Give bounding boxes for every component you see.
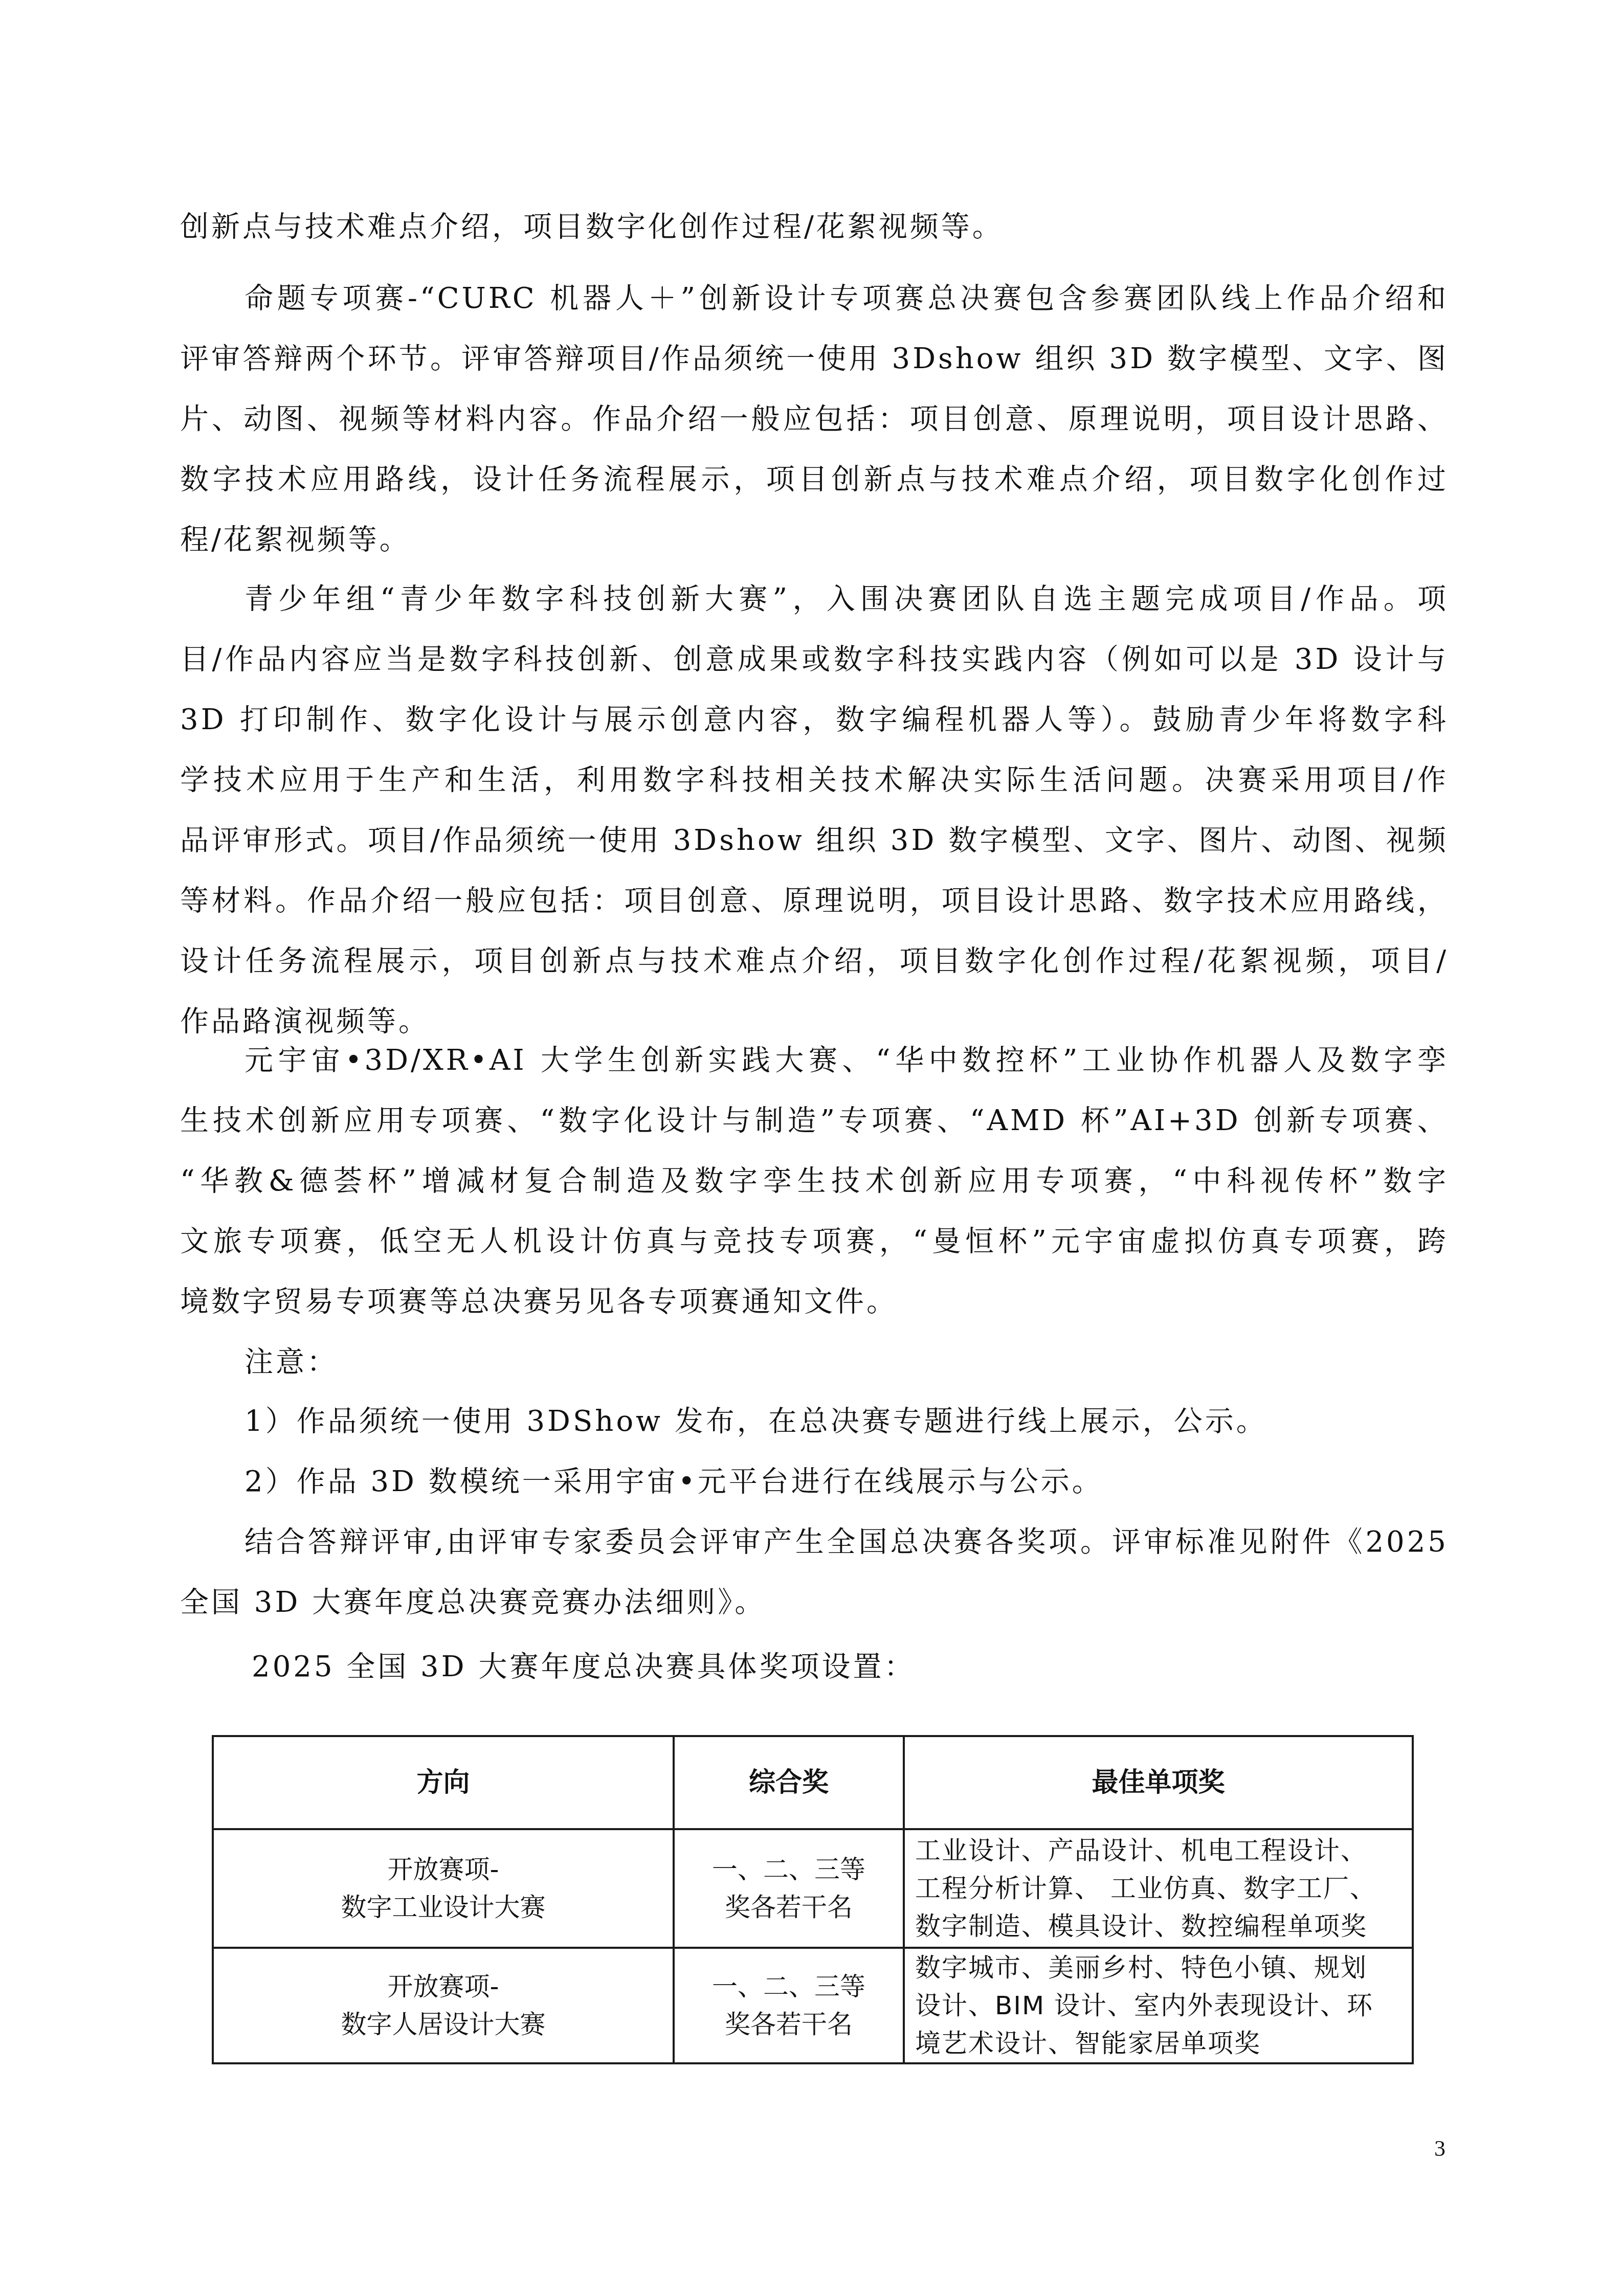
- paragraph-curc-line: 数字技术应用路线，设计任务流程展示，项目创新点与技术难点介绍，项目数字化创作过: [180, 463, 1449, 496]
- header-direction: 方向: [213, 1736, 674, 1829]
- paragraph-youth-line: 3D 打印制作、数字化设计与展示创意内容，数字编程机器人等）。鼓励青少年将数字科: [180, 704, 1449, 736]
- paragraph-judging-line: 结合答辩评审,由评审专家委员会评审产生全国总决赛各奖项。评审标准见附件《2025: [244, 1526, 1449, 1559]
- paragraph-judging-line: 全国 3D 大赛年度总决赛竞赛办法细则》。: [180, 1586, 1449, 1619]
- paragraph-special-line: 生技术创新应用专项赛、“数字化设计与制造”专项赛、“AMD 杯”AI+3D 创新…: [180, 1105, 1449, 1137]
- cell-line: 数字城市、美丽乡村、特色小镇、规划: [915, 1949, 1407, 1987]
- header-best-single-award: 最佳单项奖: [904, 1736, 1413, 1829]
- paragraph-special-line: 文旅专项赛，低空无人机设计仿真与竞技专项赛，“曼恒杯”元宇宙虚拟仿真专项赛，跨: [180, 1225, 1449, 1258]
- table-caption: 2025 全国 3D 大赛年度总决赛具体奖项设置：: [252, 1651, 1449, 1683]
- table-row: 开放赛项- 数字人居设计大赛 一、二、三等 奖各若干名 数字城市、美丽乡村、特色…: [213, 1948, 1413, 2063]
- paragraph-curc-line: 命题专项赛-“CURC 机器人＋”创新设计专项赛总决赛包含参赛团队线上作品介绍和: [244, 282, 1449, 315]
- paragraph-youth-line: 目/作品内容应当是数字科技创新、创意成果或数字科技实践内容（例如可以是 3D 设…: [180, 643, 1449, 676]
- cell-line: 设计、BIM 设计、室内外表现设计、环: [915, 1987, 1407, 2024]
- note-item-1: 1）作品须统一使用 3DShow 发布，在总决赛专题进行线上展示，公示。: [244, 1405, 1449, 1438]
- paragraph-curc-line: 评审答辩两个环节。评审答辩项目/作品须统一使用 3Dshow 组织 3D 数字模…: [180, 343, 1449, 375]
- paragraph-curc-line: 片、动图、视频等材料内容。作品介绍一般应包括：项目创意、原理说明，项目设计思路、: [180, 403, 1449, 436]
- cell-comprehensive: 一、二、三等 奖各若干名: [674, 1829, 904, 1948]
- cell-line: 数字人居设计大赛: [214, 2006, 673, 2043]
- cell-line: 一、二、三等: [675, 1851, 903, 1888]
- paragraph-curc-line: 程/花絮视频等。: [180, 524, 1449, 556]
- cell-line: 奖各若干名: [675, 1888, 903, 1926]
- cell-line: 数字制造、模具设计、数控编程单项奖: [915, 1907, 1407, 1945]
- page-number: 3: [1434, 2137, 1445, 2160]
- cell-line: 开放赛项-: [214, 1851, 673, 1888]
- paragraph-youth-line: 作品路演视频等。: [180, 1005, 1449, 1038]
- paragraph-continuation-line: 创新点与技术难点介绍，项目数字化创作过程/花絮视频等。: [180, 211, 1449, 243]
- paragraph-youth-line: 品评审形式。项目/作品须统一使用 3Dshow 组织 3D 数字模型、文字、图片…: [180, 824, 1449, 857]
- note-item-2: 2）作品 3D 数模统一采用宇宙•元平台进行在线展示与公示。: [244, 1466, 1449, 1498]
- paragraph-special-line: 元宇宙•3D/XR•AI 大学生创新实践大赛、“华中数控杯”工业协作机器人及数字…: [244, 1044, 1449, 1077]
- document-page: 创新点与技术难点介绍，项目数字化创作过程/花絮视频等。 命题专项赛-“CURC …: [0, 0, 1624, 2296]
- cell-best-single: 工业设计、产品设计、机电工程设计、 工程分析计算、 工业仿真、数字工厂、 数字制…: [904, 1829, 1413, 1948]
- paragraph-youth-line: 设计任务流程展示，项目创新点与技术难点介绍，项目数字化创作过程/花絮视频，项目/: [180, 945, 1449, 978]
- cell-line: 工业设计、产品设计、机电工程设计、: [915, 1832, 1407, 1870]
- cell-direction: 开放赛项- 数字人居设计大赛: [213, 1948, 674, 2063]
- cell-comprehensive: 一、二、三等 奖各若干名: [674, 1948, 904, 2063]
- paragraph-special-line: “华教&德荟杯”增减材复合制造及数字孪生技术创新应用专项赛，“中科视传杯”数字: [180, 1165, 1449, 1198]
- cell-direction: 开放赛项- 数字工业设计大赛: [213, 1829, 674, 1948]
- paragraph-youth-line: 等材料。作品介绍一般应包括：项目创意、原理说明，项目设计思路、数字技术应用路线，: [180, 885, 1449, 917]
- table-header-row: 方向 综合奖 最佳单项奖: [213, 1736, 1413, 1829]
- paragraph-youth-line: 学技术应用于生产和生活，利用数字科技相关技术解决实际生活问题。决赛采用项目/作: [180, 764, 1449, 797]
- paragraph-special-line: 境数字贸易专项赛等总决赛另见各专项赛通知文件。: [180, 1286, 1449, 1318]
- awards-table: 方向 综合奖 最佳单项奖 开放赛项- 数字工业设计大赛 一、二、三等 奖各若干名…: [212, 1735, 1414, 2064]
- cell-line: 开放赛项-: [214, 1968, 673, 2006]
- table-row: 开放赛项- 数字工业设计大赛 一、二、三等 奖各若干名 工业设计、产品设计、机电…: [213, 1829, 1413, 1948]
- cell-line: 工程分析计算、 工业仿真、数字工厂、: [915, 1870, 1407, 1907]
- cell-line: 一、二、三等: [675, 1968, 903, 2006]
- cell-line: 数字工业设计大赛: [214, 1888, 673, 1926]
- header-comprehensive-award: 综合奖: [674, 1736, 904, 1829]
- cell-line: 奖各若干名: [675, 2006, 903, 2043]
- note-title: 注意：: [244, 1346, 1449, 1379]
- cell-line: 境艺术设计、智能家居单项奖: [915, 2024, 1407, 2062]
- cell-best-single: 数字城市、美丽乡村、特色小镇、规划 设计、BIM 设计、室内外表现设计、环 境艺…: [904, 1948, 1413, 2063]
- paragraph-youth-line: 青少年组“青少年数字科技创新大赛”，入围决赛团队自选主题完成项目/作品。项: [244, 583, 1449, 616]
